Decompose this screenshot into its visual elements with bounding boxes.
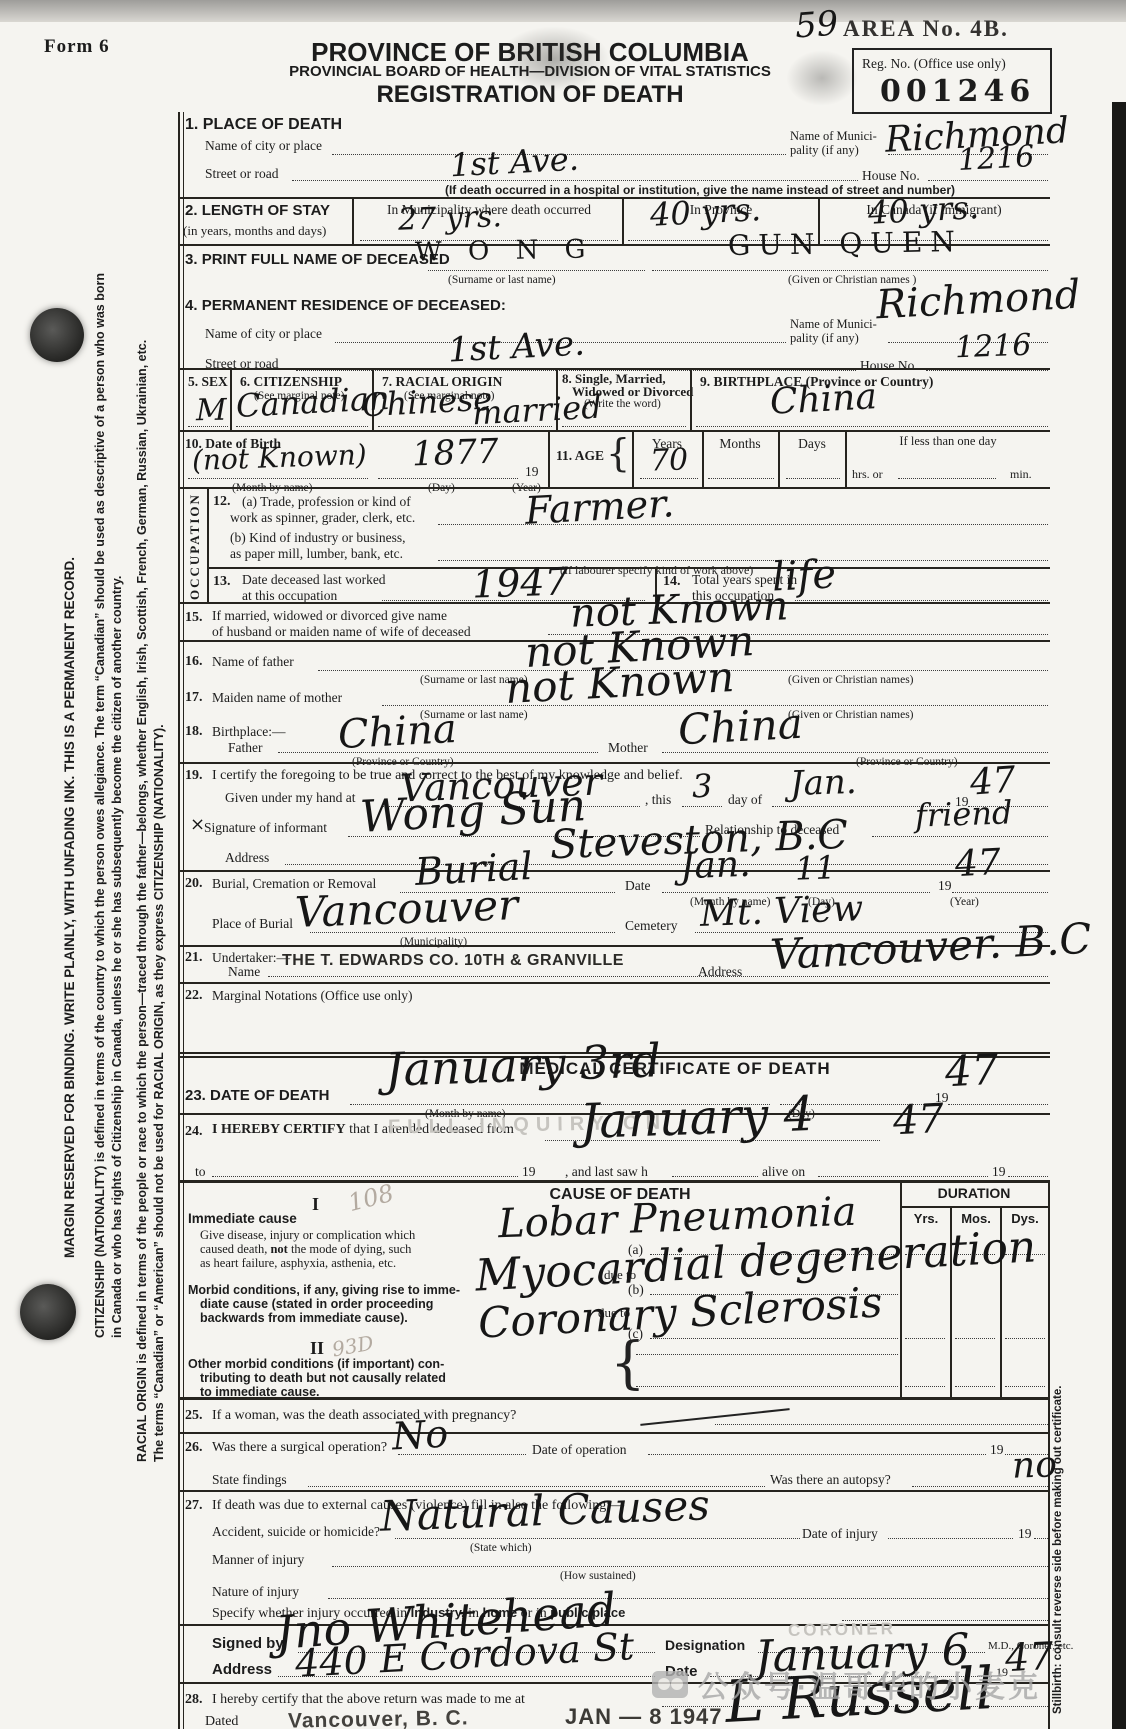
s17-no: 17. [185,690,203,706]
immediate-cause-title: Immediate cause [188,1212,297,1227]
s20-no: 20. [185,876,203,892]
column-divider [352,197,354,244]
s10-month-value: (not Known) [192,441,368,475]
s3-given-value: GUN QUEN [728,228,963,260]
rule [178,870,1050,872]
s1-city-label: Name of city or place [205,138,322,154]
s26-findings-label: State findings [212,1472,287,1488]
s12-a1: (a) Trade, profession or kind of [242,494,411,510]
s26-no: 26. [185,1440,203,1456]
s4-muni-l2: pality (if any) [790,331,859,345]
column-divider [778,430,780,487]
s19-given-label: Given under my hand at [225,790,355,806]
s15-no: 15. [185,610,203,626]
s19-month-value: Jan. [789,765,857,801]
s27-no: 27. [185,1498,203,1514]
camera-icon [652,1671,688,1698]
s26-date-label: Date of operation [532,1442,626,1458]
watermark-text: 公众号·温哥华的小麦克 [698,1662,1041,1706]
s25-no: 25. [185,1408,203,1424]
s3-number-title: 3. PRINT FULL NAME OF DECEASED [185,252,450,269]
s13-l1: Date deceased last worked [242,572,386,588]
margin-racial-origin-note: RACIAL ORIGIN is defined in terms of the… [134,332,168,1462]
s18-father-label: Father [228,740,263,756]
s18-label: Birthplace:— [212,724,285,740]
signed-by-label: Signed by [212,1636,284,1653]
dotted-line [268,976,1048,977]
dotted-line [292,180,858,181]
dotted-line [236,426,368,427]
s26-label: Was there a surgical operation? [212,1440,387,1456]
dotted-line [926,370,1048,371]
s4-muni-l1: Name of Munici- [790,317,877,331]
registrar-date-stamp: JAN — 8 1947 [565,1704,723,1729]
s20-place-label: Place of Burial [212,916,293,932]
s2-col3-value: 40 yrs. [867,191,979,229]
s19-this-label: , this [645,792,671,808]
scan-black-strip [1112,102,1126,1729]
dotted-line [1005,1338,1045,1339]
s4-house-value: 1216 [954,331,1031,364]
s20-year-value: 47 [954,845,1002,883]
form-number: Form 6 [44,36,110,58]
s27-nature-label: Nature of injury [212,1584,299,1600]
column-divider [702,430,704,487]
s26-autopsy-value: no [1011,1447,1057,1485]
s20-year-printed: 19 [938,878,952,894]
rule [178,762,1050,764]
s24-year2: 19 [992,1164,1006,1180]
duration-title: DURATION [900,1186,1048,1201]
s19-dayof-label: day of [728,792,762,808]
s3-no: 3. [185,251,198,268]
date-of-death-value: January 3rd [384,1037,661,1093]
rule [178,430,1050,432]
s2-no: 2. [185,202,198,219]
s5-title: 5. SEX [188,374,228,390]
s26-autopsy-label: Was there an autopsy? [770,1472,891,1488]
imm-l2a: caused death, [200,1242,270,1256]
dotted-line [905,1338,945,1339]
s16-label: Name of father [212,654,294,670]
s8-marital-value: married [471,391,602,430]
s20-month-value: Jan. [679,847,751,885]
other-l2: tributing to death but not causally rela… [200,1372,446,1386]
cause-part2: II [310,1338,324,1359]
s23-t: DATE OF DEATH [210,1087,329,1104]
s1-muni-l2: pality (if any) [790,143,859,157]
dotted-line [818,1176,988,1177]
s20-date-label: Date [625,878,650,894]
undertaker-name-stamp: THE T. EDWARDS CO. 10TH & GRANVILLE [282,952,624,970]
margin-binding-note: MARGIN RESERVED FOR BINDING. WRITE PLAIN… [62,378,77,1258]
s2-title: LENGTH OF STAY [202,202,330,219]
s19-sig-label: Signature of informant [204,820,327,836]
s11-t: AGE [575,448,604,463]
rule [178,982,1050,984]
occupation-vertical-label: OCCUPATION [187,488,203,600]
dotted-line [1008,1176,1048,1177]
s2-col2-value: 40 yrs. [649,193,761,231]
s11-hrs-label: hrs. or [852,468,883,482]
s11-col-days: Days [782,436,842,452]
s3-title: PRINT FULL NAME OF DECEASED [202,251,450,268]
s19-day-value: 3 [691,770,712,803]
dotted-line [952,892,1048,893]
s17-sub2: (Given or Christian names) [788,709,914,722]
s3-surname-value: W O N G [415,236,595,265]
dotted-line [1034,1538,1048,1539]
s9-birthplace-value: China [769,379,878,421]
s27-acc-label: Accident, suicide or homicide? [212,1524,380,1540]
cause-part1: I [312,1194,319,1215]
s17-label: Maiden name of mother [212,690,342,706]
s11-no: 11. [556,448,572,463]
imm-l1: Give disease, injury or complication whi… [200,1228,415,1242]
occupation-divider [207,487,209,602]
dotted-line [332,1566,1048,1567]
area-number-handwritten: 59 [794,7,840,44]
imm-l3: as heart failure, asphyxia, asthenia, et… [200,1256,396,1270]
dotted-line [682,806,722,807]
dotted-line [378,478,518,479]
s12-no: 12. [213,494,231,510]
s12-b2: as paper mill, lumber, bank, etc. [230,546,403,562]
dotted-line [948,1104,1048,1105]
s12-a2: work as spinner, grader, clerk, etc. [230,510,415,526]
s1-number-title: 1. PLACE OF DEATH [185,116,342,134]
area-stamp: AREA No. 4B. [843,16,1009,42]
dotted-line [650,1338,898,1339]
other-l1: Other morbid conditions (if important) c… [188,1358,444,1372]
s11-col-months: Months [706,436,774,452]
form-border [183,112,184,1729]
dotted-line [640,478,698,479]
rule [178,368,1050,370]
dotted-line [786,478,840,479]
dotted-line [888,1538,1013,1539]
s1-house-value: 1216 [957,142,1035,176]
s12-trade-value: Farmer. [524,484,675,530]
dotted-line [928,180,1048,181]
s5-t: SEX [202,374,228,389]
dotted-line [395,1538,800,1539]
s28-no: 28. [185,1692,203,1708]
s4-house-label: House No. [860,358,918,374]
s23-number-title: 23. DATE OF DEATH [185,1088,329,1105]
s24-year1: 19 [522,1164,536,1180]
dotted-line [955,1338,995,1339]
s18-mother-value: China [677,703,804,751]
s1-title: PLACE OF DEATH [203,116,342,133]
column-divider [622,197,624,244]
s18-mother-label: Mother [608,740,648,756]
s24-bold: I HEREBY CERTIFY [212,1122,346,1137]
dotted-line [1005,1386,1045,1387]
s16-sub2: (Given or Christian names) [788,674,914,687]
s15-l2: of husband or maiden name of wife of dec… [212,624,471,640]
rule [900,1206,1048,1208]
s26-operation-value: No [391,1415,449,1456]
s12-b1: (b) Kind of industry or business, [230,530,406,546]
s1-no: 1. [185,116,198,133]
s10-day-value: 1877 [411,435,499,472]
s5-no: 5. [188,374,198,389]
designation-label: Designation [665,1638,745,1653]
s2-number-title: 2. LENGTH OF STAY [185,203,330,220]
s13-value: 1947 [471,562,569,603]
s11-col-less: If less than one day [850,434,1046,448]
s10-day-sub: (Day) [428,482,455,495]
dotted-line [696,426,1048,427]
s11-min-label: min. [1010,468,1032,482]
dotted-line [708,478,774,479]
death-certificate-scan: { "page":{"form_no":"Form 6","area_hw":"… [0,0,1126,1729]
s24-no: 24. [185,1124,203,1140]
column-divider [548,430,550,487]
s8-no: 8. [562,371,572,386]
s11-age-value: 70 [649,445,688,476]
s28-label: I hereby certify that the above return w… [212,1692,525,1708]
column-divider [690,368,692,430]
dotted-line [672,1176,758,1177]
s10-year-printed: 19 [525,464,539,480]
rule [207,567,1050,569]
s23-no: 23. [185,1087,206,1104]
dotted-line [872,836,1048,837]
punch-hole [30,308,84,362]
sig-address-label: Address [212,1662,272,1679]
pencil-code-108: 108 [345,1179,396,1217]
s1-street-value: 1st Ave. [449,143,579,182]
morbid-l3: backwards from immediate cause). [200,1312,408,1326]
punch-hole [20,1284,76,1340]
s4-no: 4. [185,297,198,314]
s27-acc-sub: (State which) [470,1542,532,1555]
s19-rel-value: friend [914,796,1012,831]
dotted-line [636,1386,898,1387]
age-brace: { [606,434,630,472]
s21-no: 21. [185,950,203,966]
s13-no: 13. [213,574,231,590]
ink-smudge [786,50,858,106]
s18-no: 18. [185,724,203,740]
s27-manner-sub: (How sustained) [560,1570,636,1583]
dotted-line [652,270,1048,271]
attended-from-value: January 4 [579,1090,815,1146]
rule [178,1180,1050,1183]
s20-year-sub: (Year) [950,896,979,909]
s24-alive: alive on [762,1164,805,1180]
duration-col-yrs: Yrs. [902,1212,950,1226]
morbid-l2: diate cause (stated in order proceeding [200,1298,433,1312]
s21-addr-label: Address [698,964,742,980]
dotted-line [648,1454,986,1455]
s4-street-value: 1st Ave. [447,326,585,367]
s20-place-sub: (Municipality) [400,936,467,949]
s4-city-label: Name of city or place [205,326,322,342]
s22-label: Marginal Notations (Office use only) [212,988,412,1004]
s15-l1: If married, widowed or divorced give nam… [212,608,447,624]
dotted-line [715,1424,1048,1425]
ink-smudge [498,26,610,92]
s25-label: If a woman, was the death associated wit… [212,1408,516,1424]
morbid-l1: Morbid conditions, if any, giving rise t… [188,1284,460,1298]
s27-acc-value: Natural Causes [379,1484,710,1537]
s4-number-title: 4. PERMANENT RESIDENCE OF DECEASED: [185,298,506,315]
s16-no: 16. [185,654,203,670]
column-divider [632,430,634,487]
dotted-line [636,1354,898,1355]
column-divider [845,430,847,487]
s27-manner-label: Manner of injury [212,1552,304,1568]
s1-street-label: Street or road [205,166,278,182]
form-border [178,112,180,1729]
column-divider [230,368,232,430]
s18-father-value: China [337,709,458,755]
s19-no: 19. [185,768,203,784]
dotted-line [955,1386,995,1387]
s24-to-label: to [195,1164,206,1180]
s26-year: 19 [990,1442,1004,1458]
s23-year-value: 47 [944,1049,1000,1094]
dotted-line [188,478,368,479]
imm-l2: caused death, not the mode of dying, suc… [200,1242,411,1256]
dotted-line [296,370,856,371]
attended-from-year: 47 [892,1099,945,1142]
s1-muni-l1: Name of Munici- [790,129,877,143]
rule [178,1432,1050,1434]
s5-sex-value: M [196,396,227,427]
s24-lastsaw: , and last saw h [565,1164,648,1180]
dotted-line [662,752,1048,753]
duration-divider [900,1180,902,1397]
imm-l2c: the mode of dying, such [288,1242,412,1256]
s2-sub-label: (in years, months and days) [183,224,326,239]
s19-addr-label: Address [225,850,269,866]
s11-label: 11. AGE [556,448,604,464]
reg-number-value: 001246 [880,74,1035,109]
s2-col1-value: 27 yrs. [398,202,503,236]
s22-no: 22. [185,988,203,1004]
s4-municipality-value: Richmond [875,275,1081,326]
watermark: 公众号·温哥华的小麦克 [652,1662,1041,1706]
s27-year: 19 [1018,1526,1032,1542]
s4-title: PERMANENT RESIDENCE OF DECEASED: [202,297,506,314]
s3-surname-sub: (Surname or last name) [448,274,556,287]
s20-place-value: Vancouver [294,884,518,934]
rule [178,1397,1050,1400]
s20-cem-label: Cemetery [625,918,677,934]
other-morbid-brace: { [610,1336,646,1392]
dated-label: Dated [205,1714,238,1729]
dotted-line [898,478,996,479]
dotted-line [905,1386,945,1387]
dotted-line [428,270,645,271]
s27-date-label: Date of injury [802,1526,878,1542]
imm-l2b: not [270,1242,287,1256]
s9-no: 9. [700,374,710,389]
s1-house-label: House No. [862,168,920,184]
margin-citizenship-note: CITIZENSHIP (NATIONALITY) is defined in … [92,268,126,1338]
s1-muni-label: Name of Munici-pality (if any) [790,129,877,158]
s4-muni-label: Name of Munici-pality (if any) [790,317,877,346]
registrar-place-stamp: Vancouver, B. C. [288,1706,469,1729]
s20-day-value: 11 [794,851,836,884]
s17-mother-value: not Known [504,656,735,710]
s21-l2: Name [228,964,260,980]
dotted-line [212,1176,518,1177]
informant-x-mark: × [190,816,205,834]
dotted-line [795,600,1048,601]
